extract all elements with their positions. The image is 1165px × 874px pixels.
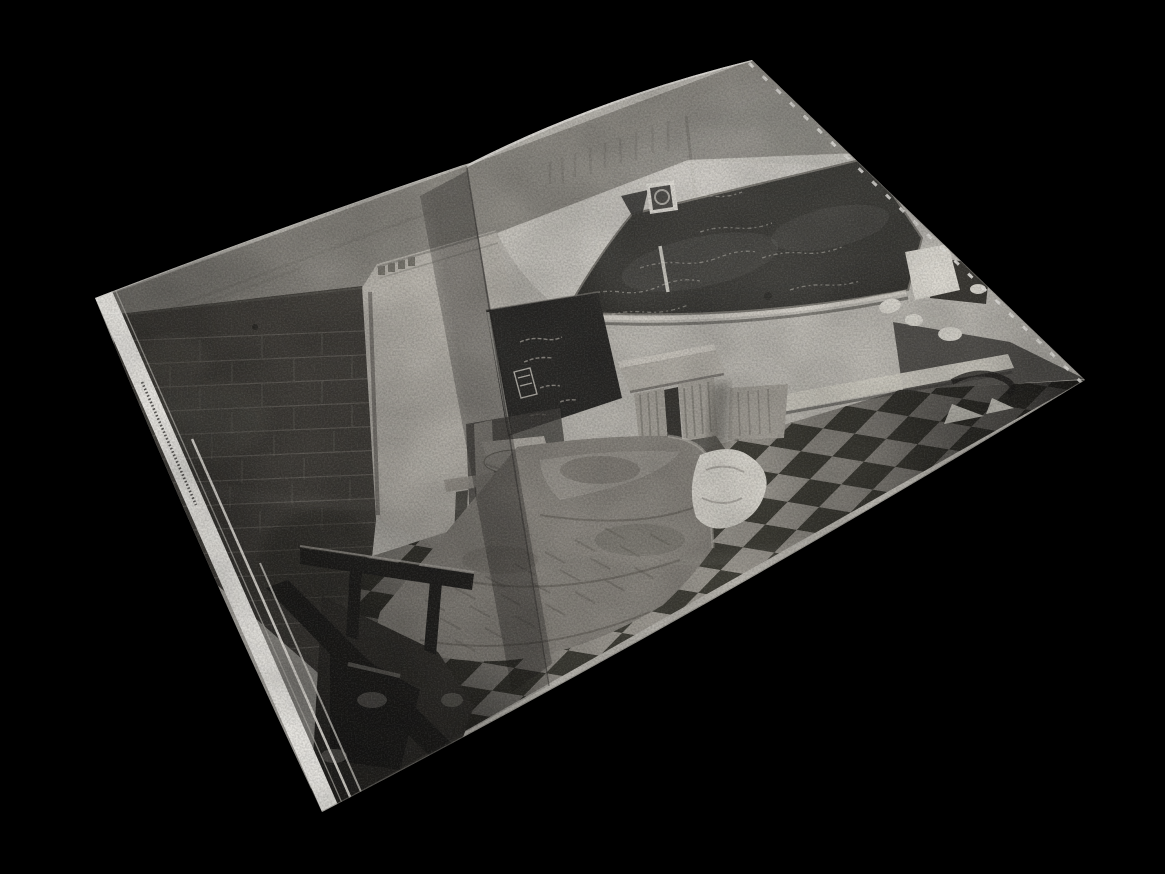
scene-canvas (0, 0, 1165, 874)
photobook-photo (0, 0, 1165, 874)
